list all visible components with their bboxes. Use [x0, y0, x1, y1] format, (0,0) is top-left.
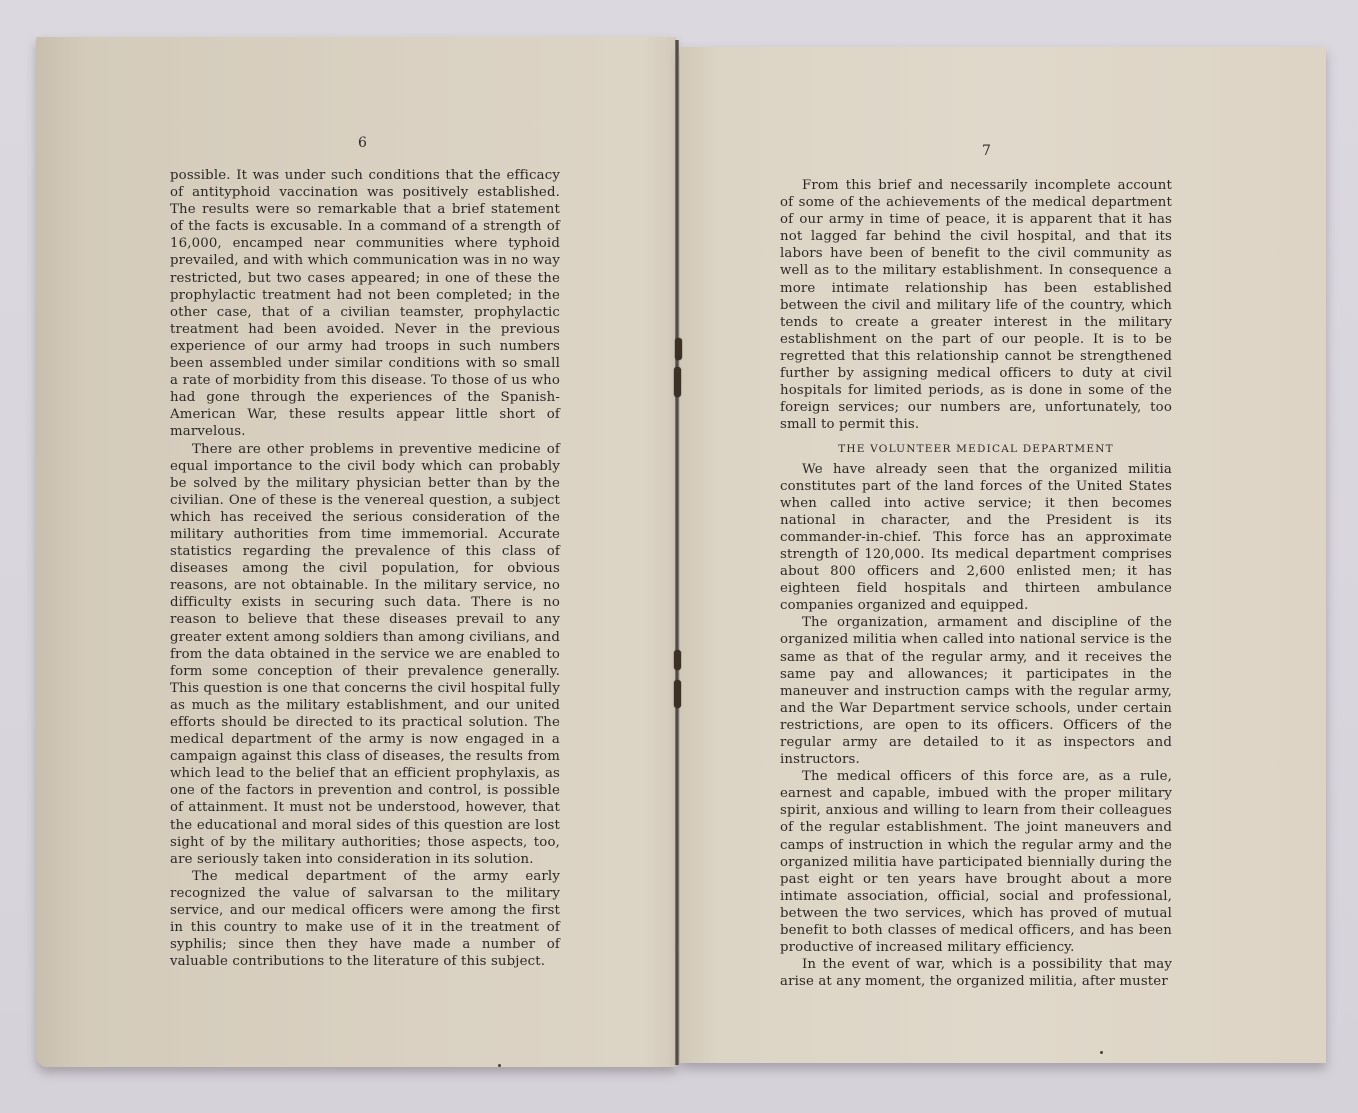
paragraph: The medical officers of this force are, … — [780, 768, 1172, 956]
paragraph: There are other problems in preventive m… — [170, 441, 560, 868]
staple-icon — [674, 367, 681, 397]
right-page-text: From this brief and necessarily incomple… — [780, 177, 1172, 990]
paragraph: From this brief and necessarily incomple… — [780, 177, 1172, 433]
paper-spot — [498, 1064, 501, 1067]
binding-gutter — [675, 40, 679, 1065]
paragraph: We have already seen that the organized … — [780, 461, 1172, 615]
staple-icon — [675, 338, 682, 360]
left-page: 6 possible. It was under such conditions… — [36, 37, 676, 1067]
paragraph: In the event of war, which is a possibil… — [780, 956, 1172, 990]
paragraph: The organization, armament and disciplin… — [780, 614, 1172, 768]
staple-icon — [674, 650, 681, 670]
left-page-text: possible. It was under such conditions t… — [170, 167, 560, 970]
staple-icon — [674, 680, 681, 708]
right-page: 7 From this brief and necessarily incomp… — [680, 47, 1326, 1063]
page-number-left: 6 — [358, 135, 367, 151]
paragraph: The medical department of the army early… — [170, 868, 560, 971]
paper-spot — [1100, 1051, 1103, 1054]
section-heading: THE VOLUNTEER MEDICAL DEPARTMENT — [780, 441, 1172, 458]
page-number-right: 7 — [982, 143, 991, 159]
paragraph: possible. It was under such conditions t… — [170, 167, 560, 441]
